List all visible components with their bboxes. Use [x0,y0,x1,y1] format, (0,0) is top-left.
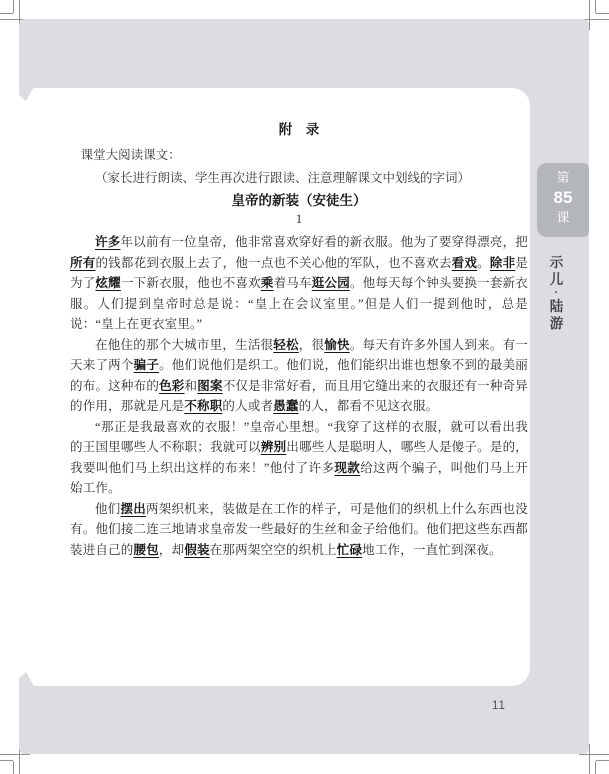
lesson-tab-prefix: 第 [537,168,589,187]
underlined-keyword: 炫耀 [95,276,120,290]
lesson-tab-suffix: 课 [537,208,589,227]
lesson-title-char: 陆 [548,298,565,315]
underlined-keyword: 看戏 [452,256,477,270]
underlined-keyword: 腰包 [134,543,159,557]
story-paragraph: 在他住的那个大城市里，生活很轻松，很愉快。每天有许多外国人到来。有一天来了两个骗… [70,335,528,417]
instruction-note: （家长进行朗读、学生再次进行跟读、注意理解课文中划线的字词） [70,170,528,186]
crop-mark [0,760,13,761]
underlined-keyword: 除非 [490,256,515,270]
underlined-keyword: 轻松 [273,338,298,352]
story-paragraph: 他们摆出两架织机来，装做是在工作的样子，可是他们的织机上什么东西也没有。他们接二… [70,499,528,561]
lesson-tab: 第 85 课 [537,163,589,237]
section-number: 1 [70,213,528,226]
underlined-keyword: 乘 [261,276,274,290]
lesson-title-vertical: 示儿·陆游 [548,254,565,332]
lesson-title-char: 游 [548,315,565,332]
crop-mark [595,0,596,13]
underlined-keyword: 忙碌 [337,543,362,557]
story-title: 皇帝的新装（安徒生） [70,192,528,209]
underlined-keyword: 愚蠢 [273,399,298,413]
underlined-keyword: 现款 [334,461,360,475]
scanned-book-page: 第 85 课 示儿·陆游 11 附 录 课堂大阅读课文： （家长进行朗读、学生再… [0,0,609,774]
crop-mark [596,13,609,14]
underlined-keyword: 愉快 [324,338,349,352]
underlined-keyword: 许多 [95,235,120,249]
underlined-keyword: 不称职 [184,399,222,413]
story-content: 附 录 课堂大阅读课文： （家长进行朗读、学生再次进行跟读、注意理解课文中划线的… [70,122,528,560]
lesson-tab-number: 85 [537,187,589,208]
reading-label: 课堂大阅读课文： [70,147,528,163]
lesson-title-char: 示 [548,254,565,271]
lesson-title-char: · [548,288,565,298]
story-paragraph: 许多年以前有一位皇帝，他非常喜欢穿好看的新衣服。他为了要穿得漂亮，把所有的钱都花… [70,232,528,335]
crop-mark [595,761,596,774]
crop-mark [0,754,30,755]
story-paragraphs: 许多年以前有一位皇帝，他非常喜欢穿好看的新衣服。他为了要穿得漂亮，把所有的钱都花… [70,232,528,560]
story-paragraph: “那正是我最喜欢的衣服！”皇帝心里想。“我穿了这样的衣服，就可以看出我的王国里哪… [70,417,528,499]
underlined-keyword: 色彩 [159,379,184,393]
page-number: 11 [492,700,506,712]
crop-mark [596,760,609,761]
underlined-keyword: 所有 [70,256,95,270]
crop-mark [13,0,14,13]
underlined-keyword: 图案 [197,379,222,393]
crop-mark [0,13,13,14]
crop-mark [13,761,14,774]
underlined-keyword: 逛公园 [312,276,350,290]
underlined-keyword: 骗子 [134,358,159,372]
crop-mark [589,0,590,30]
underlined-keyword: 假装 [184,543,209,557]
underlined-keyword: 辨别 [261,440,286,454]
lesson-title-char: 儿 [548,271,565,288]
appendix-heading: 附 录 [70,122,528,138]
crop-mark [589,744,590,774]
crop-mark [579,754,609,755]
underlined-keyword: 摆出 [120,502,145,516]
